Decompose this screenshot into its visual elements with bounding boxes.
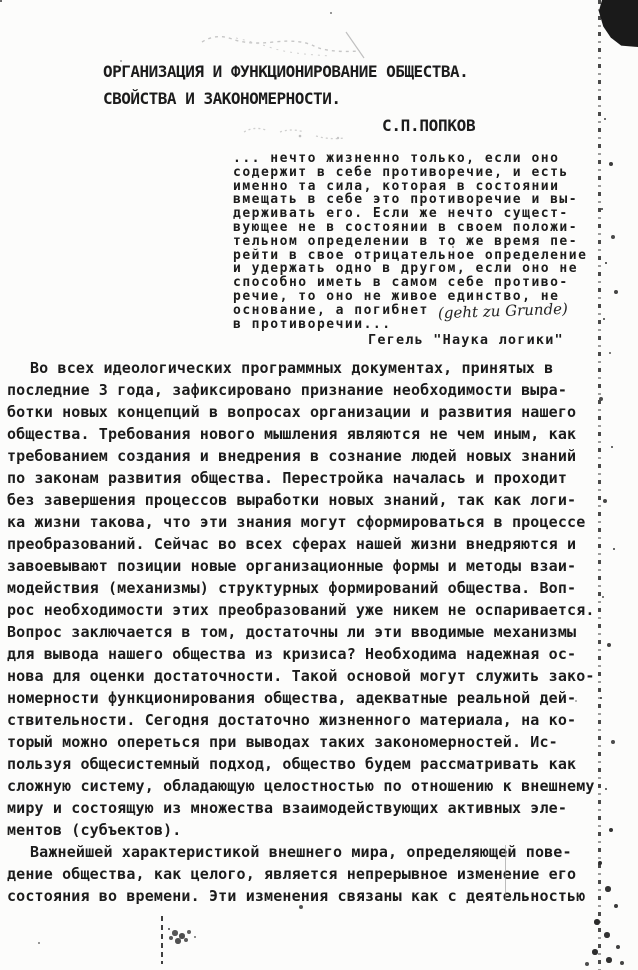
handwritten-annotation: (geht zu Grunde) [438,303,568,321]
scan-binding-blob [598,0,638,47]
body-line: завоевывают позиции новые организационны… [7,555,611,577]
body-line: дение общества, как целого, является неп… [7,863,611,885]
body-line: ботки новых концепций в вопросах организ… [7,401,611,423]
epigraph-line: содержит в себе противоречие, и есть [233,166,609,180]
scan-speckle-noise [0,0,2,2]
epigraph-line: способно иметь в самом себе противо- [233,276,609,290]
ink-smudge [168,928,170,930]
body-line: ствительности. Сегодня достаточно жизнен… [7,709,611,731]
epigraph-line: вующее не в состоянии в своем положи- [233,221,609,235]
body-line: общества. Требования нового мышления явл… [7,423,611,445]
epigraph-line: именно та сила, которая в состоянии [233,180,609,194]
pencil-tick-mark [161,916,163,964]
body-line: состояния во времени. Эти изменения связ… [7,885,611,907]
body-line: по законам развития общества. Перестройк… [7,467,611,489]
scan-binding-edge [598,0,601,970]
epigraph-line: ... нечто жизненно только, если оно [233,152,609,166]
body-line: Вопрос заключается в том, достаточны ли … [7,621,611,643]
body-line: для вывода нашего общества из кризиса? Н… [7,643,611,665]
epigraph-line: вмещать в себе это противоречие и вы- [233,193,609,207]
pencil-scribble [196,28,386,62]
epigraph-attribution: Гегель "Наука логики" [233,334,609,348]
body-line: миру и состоящую из множества взаимодейс… [7,797,611,819]
body-line: последние 3 года, зафиксировано признани… [7,379,611,401]
body-line: Во всех идеологических программных докум… [7,357,611,379]
epigraph-typed-text: основание, а погибнет [233,303,438,318]
body-line: пользуя общесистемный подход, общество б… [7,753,611,775]
epigraph-line: и удержать одно в другом, если оно не [233,262,609,276]
body-line: нова для оценки достаточности. Такой осн… [7,665,611,687]
body-line: ментов (субъектов). [7,819,611,841]
pencil-vertical-line [505,845,506,901]
body-line: ка жизни такова, что эти знания могут сф… [7,511,611,533]
body-text: Во всех идеологических программных докум… [7,357,611,907]
body-line: Важнейшей характеристикой внешнего мира,… [7,841,611,863]
epigraph-line: в противоречии... [233,318,609,332]
body-line: модействия (механизмы) структурных форми… [7,577,611,599]
author-name: С.П.ПОПКОВ [382,116,475,135]
epigraph-line: рейти в свое отрицательное определение [233,249,609,263]
body-line: рос необходимости этих преобразований уж… [7,599,611,621]
epigraph-line: держивать его. Если же нечто сущест- [233,207,609,221]
body-line: номерности функционирования общества, ад… [7,687,611,709]
document-title-line2: СВОЙСТВА И ЗАКОНОМЕРНОСТИ. [103,89,340,108]
scanned-document-page: ОРГАНИЗАЦИЯ И ФУНКЦИОНИРОВАНИЕ ОБЩЕСТВА.… [0,0,638,970]
pencil-smudge [240,116,390,146]
body-line: без завершения процессов выработки новых… [7,489,611,511]
body-line: требованием создания и внедрения в созна… [7,445,611,467]
epigraph-lines: ... нечто жизненно только, если оносодер… [233,152,609,331]
document-title-line1: ОРГАНИЗАЦИЯ И ФУНКЦИОНИРОВАНИЕ ОБЩЕСТВА. [103,62,468,81]
body-line: преобразований. Сейчас во всех сферах на… [7,533,611,555]
epigraph-block: ... нечто жизненно только, если оносодер… [233,152,609,348]
body-line: сложную систему, обладающую целостностью… [7,775,611,797]
body-line: торый можно опереться при выводах таких … [7,731,611,753]
epigraph-line: тельном определении в то же время пе- [233,235,609,249]
epigraph-line: основание, а погибнет (geht zu Grunde) [233,304,609,318]
